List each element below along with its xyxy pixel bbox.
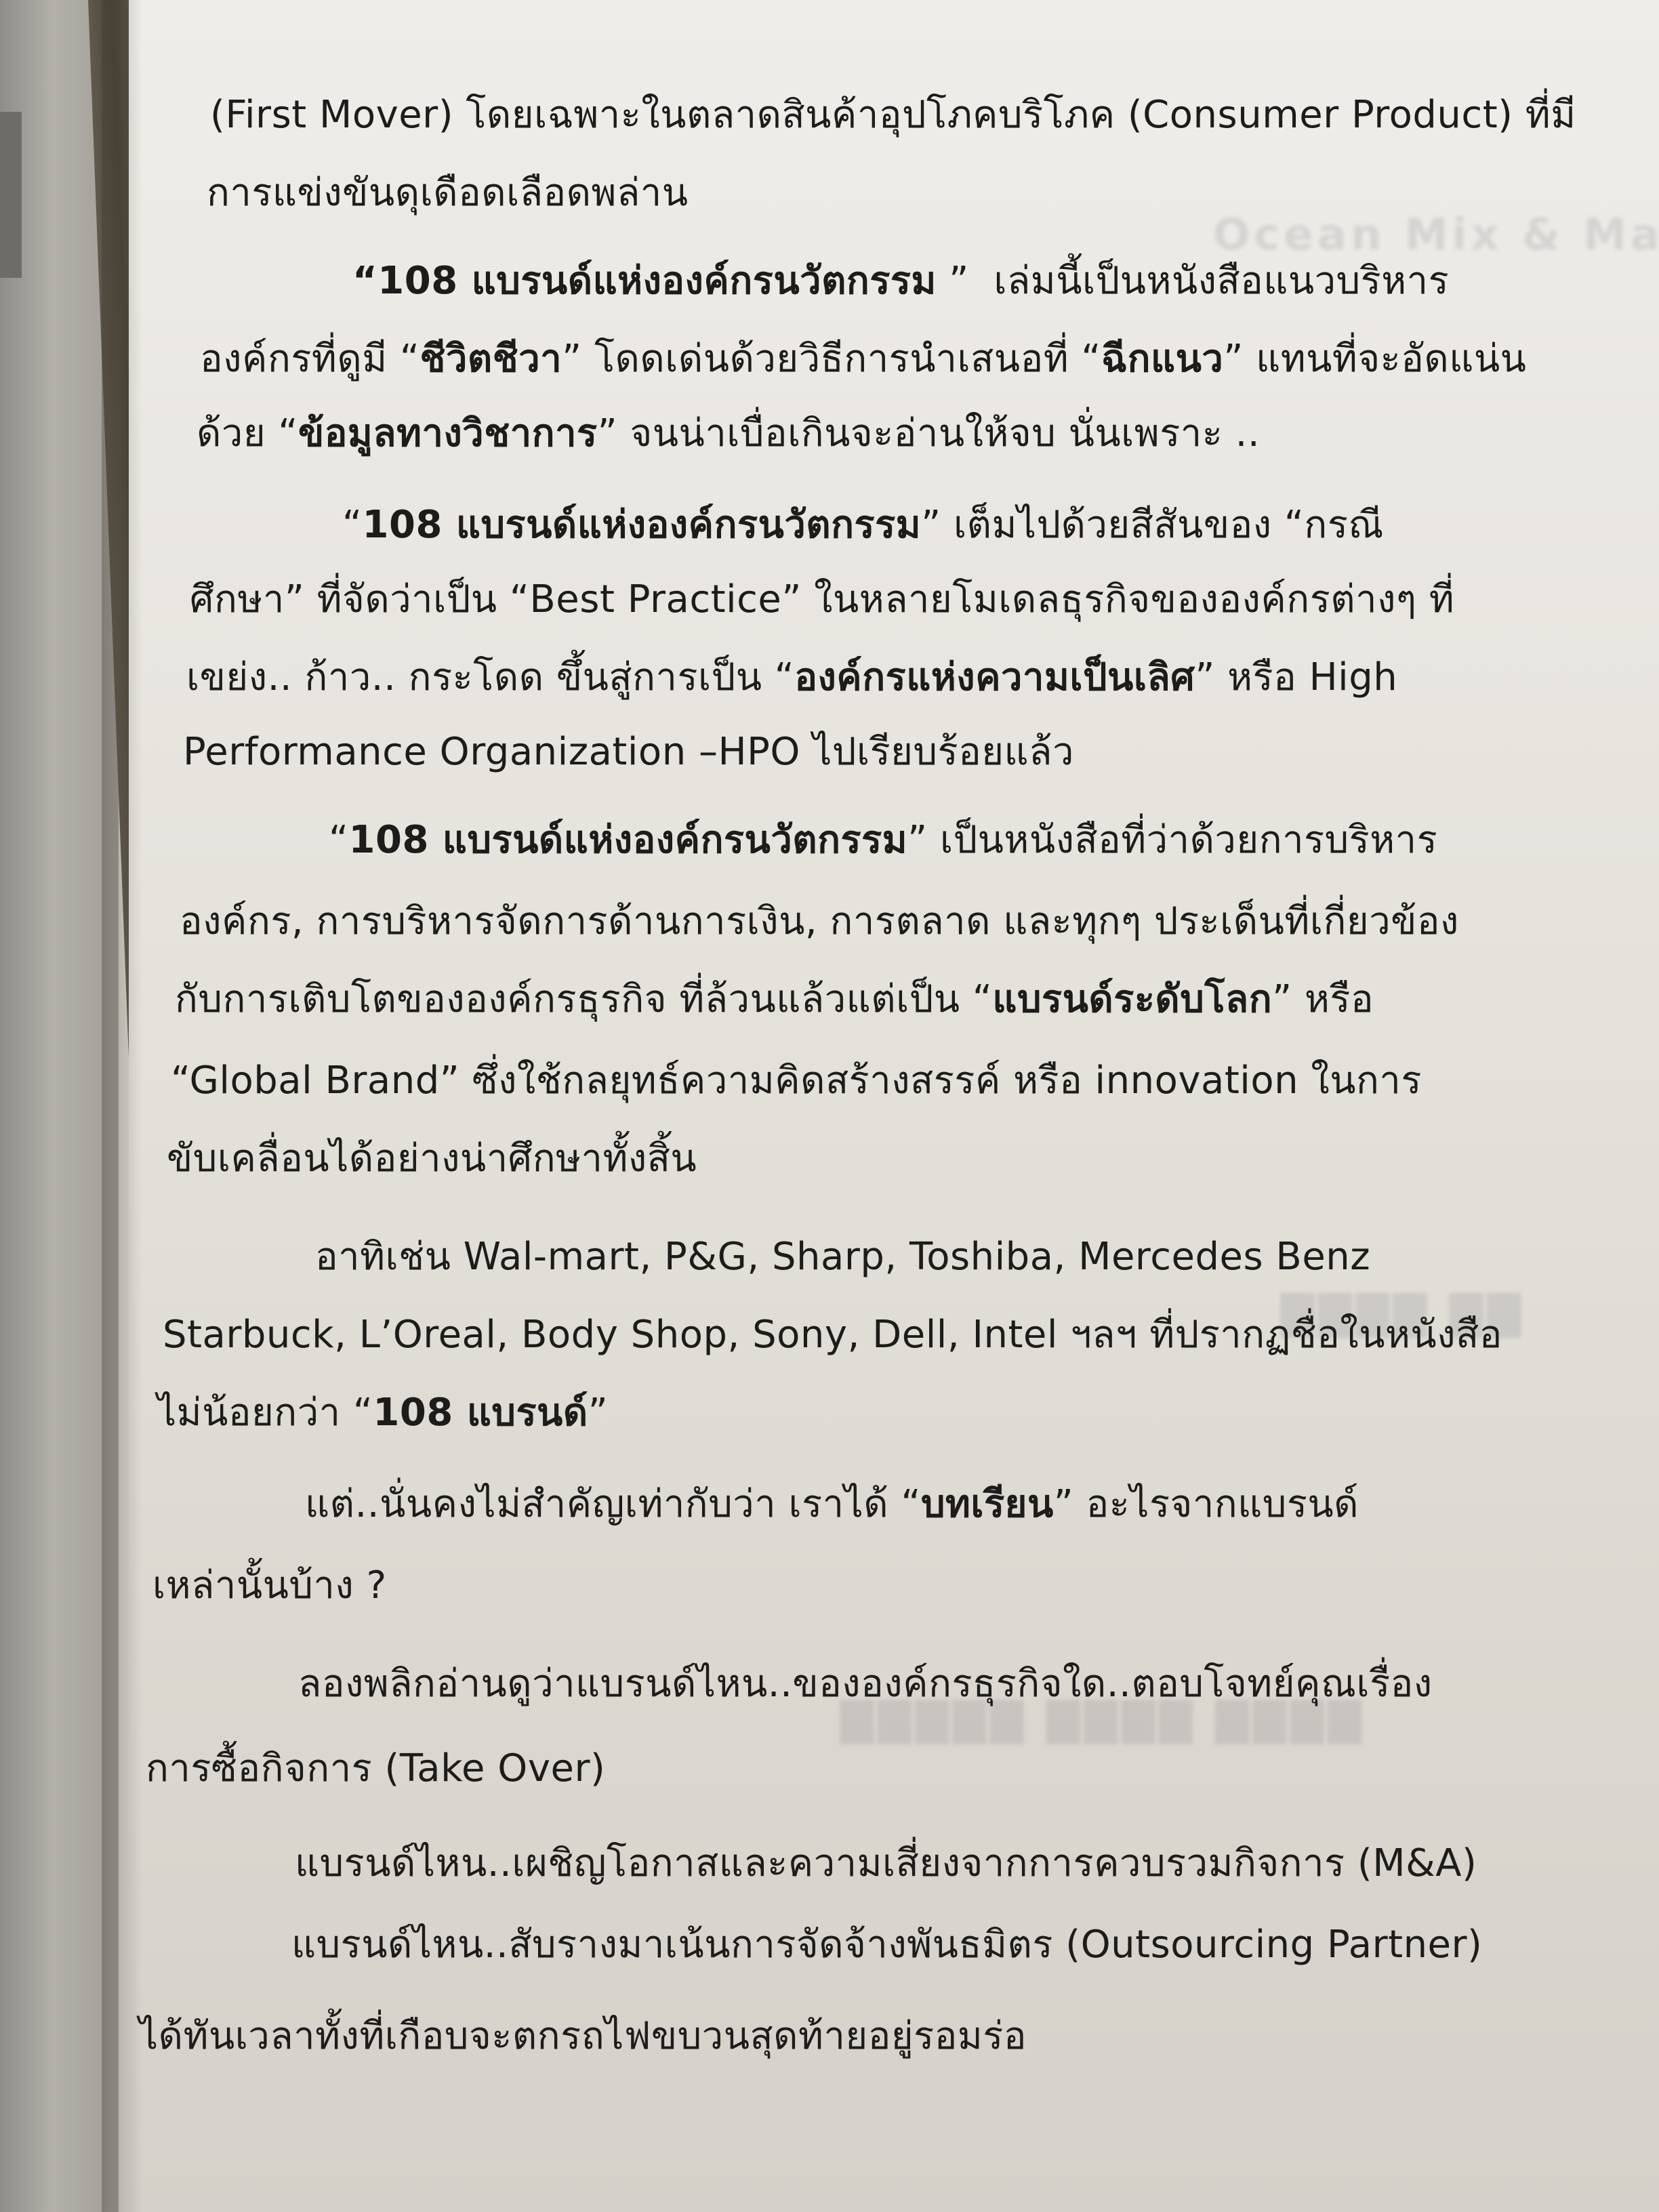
text-line: ขับเคลื่อนได้อย่างน่าศึกษาทั้งสิ้น bbox=[167, 1132, 697, 1186]
text-line: การแข่งขันดุเดือดเลือดพล่าน bbox=[207, 166, 689, 220]
text-line-indent: แบรนด์ไหน..เผชิญโอกาสและความเสี่ยงจากการ… bbox=[295, 1837, 1477, 1891]
text-line: ได้ทันเวลาทั้งที่เกือบจะตกรถไฟขบวนสุดท้า… bbox=[139, 2009, 1027, 2064]
text-line: (First Mover) โดยเฉพาะในตลาดสินค้าอุปโภค… bbox=[210, 88, 1576, 142]
text-line: ศึกษา” ที่จัดว่าเป็น “Best Practice” ในห… bbox=[190, 573, 1454, 627]
text-line: ด้วย “ข้อมูลทางวิชาการ” จนน่าเบื่อเกินจะ… bbox=[197, 407, 1260, 461]
adjacent-page-dark-block bbox=[0, 112, 22, 278]
text-line-indent: แต่..นั่นคงไม่สำคัญเท่ากับว่า เราได้ “บท… bbox=[305, 1477, 1359, 1532]
text-line: กับการเติบโตขององค์กรธุรกิจ ที่ล้วนแล้วแ… bbox=[175, 972, 1374, 1027]
bleed-through-text: Ocean Mix & Match bbox=[1213, 210, 1659, 260]
book-title-bold: “108 แบรนด์แห่งองค์กรนวัตกรรม bbox=[352, 259, 937, 303]
text-line: องค์กรที่ดูมี “ชีวิตชีวา” โดดเด่นด้วยวิธ… bbox=[200, 332, 1526, 386]
text-line-indent: แบรนด์ไหน..สับรางมาเน้นการจัดจ้างพันธมิต… bbox=[291, 1918, 1482, 1972]
text-line: “Global Brand” ซึ่งใช้กลยุทธ์ความคิดสร้า… bbox=[171, 1054, 1422, 1108]
text-line: การซื้อกิจการ (Take Over) bbox=[146, 1742, 605, 1796]
text-line: เหล่านั้นบ้าง ? bbox=[152, 1559, 387, 1613]
text-fragment: ” เล่มนี้เป็นหนังสือแนวบริหาร bbox=[949, 259, 1449, 303]
text-line-indent: “108 แบรนด์แห่งองค์กรนวัตกรรม” เต็มไปด้ว… bbox=[342, 498, 1384, 552]
text-line: Performance Organization –HPO ไปเรียบร้อ… bbox=[183, 725, 1074, 779]
text-line-indent: “108 แบรนด์แห่งองค์กรนวัตกรรม” เป็นหนังส… bbox=[329, 813, 1437, 867]
text-line: เขย่ง.. ก้าว.. กระโดด ขึ้นสู่การเป็น “อง… bbox=[186, 651, 1397, 705]
text-line: องค์กร, การบริหารจัดการด้านการเงิน, การต… bbox=[180, 895, 1459, 949]
text-line: ไม่น้อยกว่า “108 แบรนด์” bbox=[157, 1386, 608, 1440]
text-line-indent: อาทิเช่น Wal-mart, P&G, Sharp, Toshiba, … bbox=[315, 1230, 1370, 1284]
text-line-indent: “108 แบรนด์แห่งองค์กรนวัตกรรม ” เล่มนี้เ… bbox=[352, 254, 1449, 308]
text-line-indent: ลองพลิกอ่านดูว่าแบรนด์ไหน..ขององค์กรธุรก… bbox=[298, 1657, 1433, 1711]
text-line: Starbuck, L’Oreal, Body Shop, Sony, Dell… bbox=[163, 1308, 1502, 1362]
